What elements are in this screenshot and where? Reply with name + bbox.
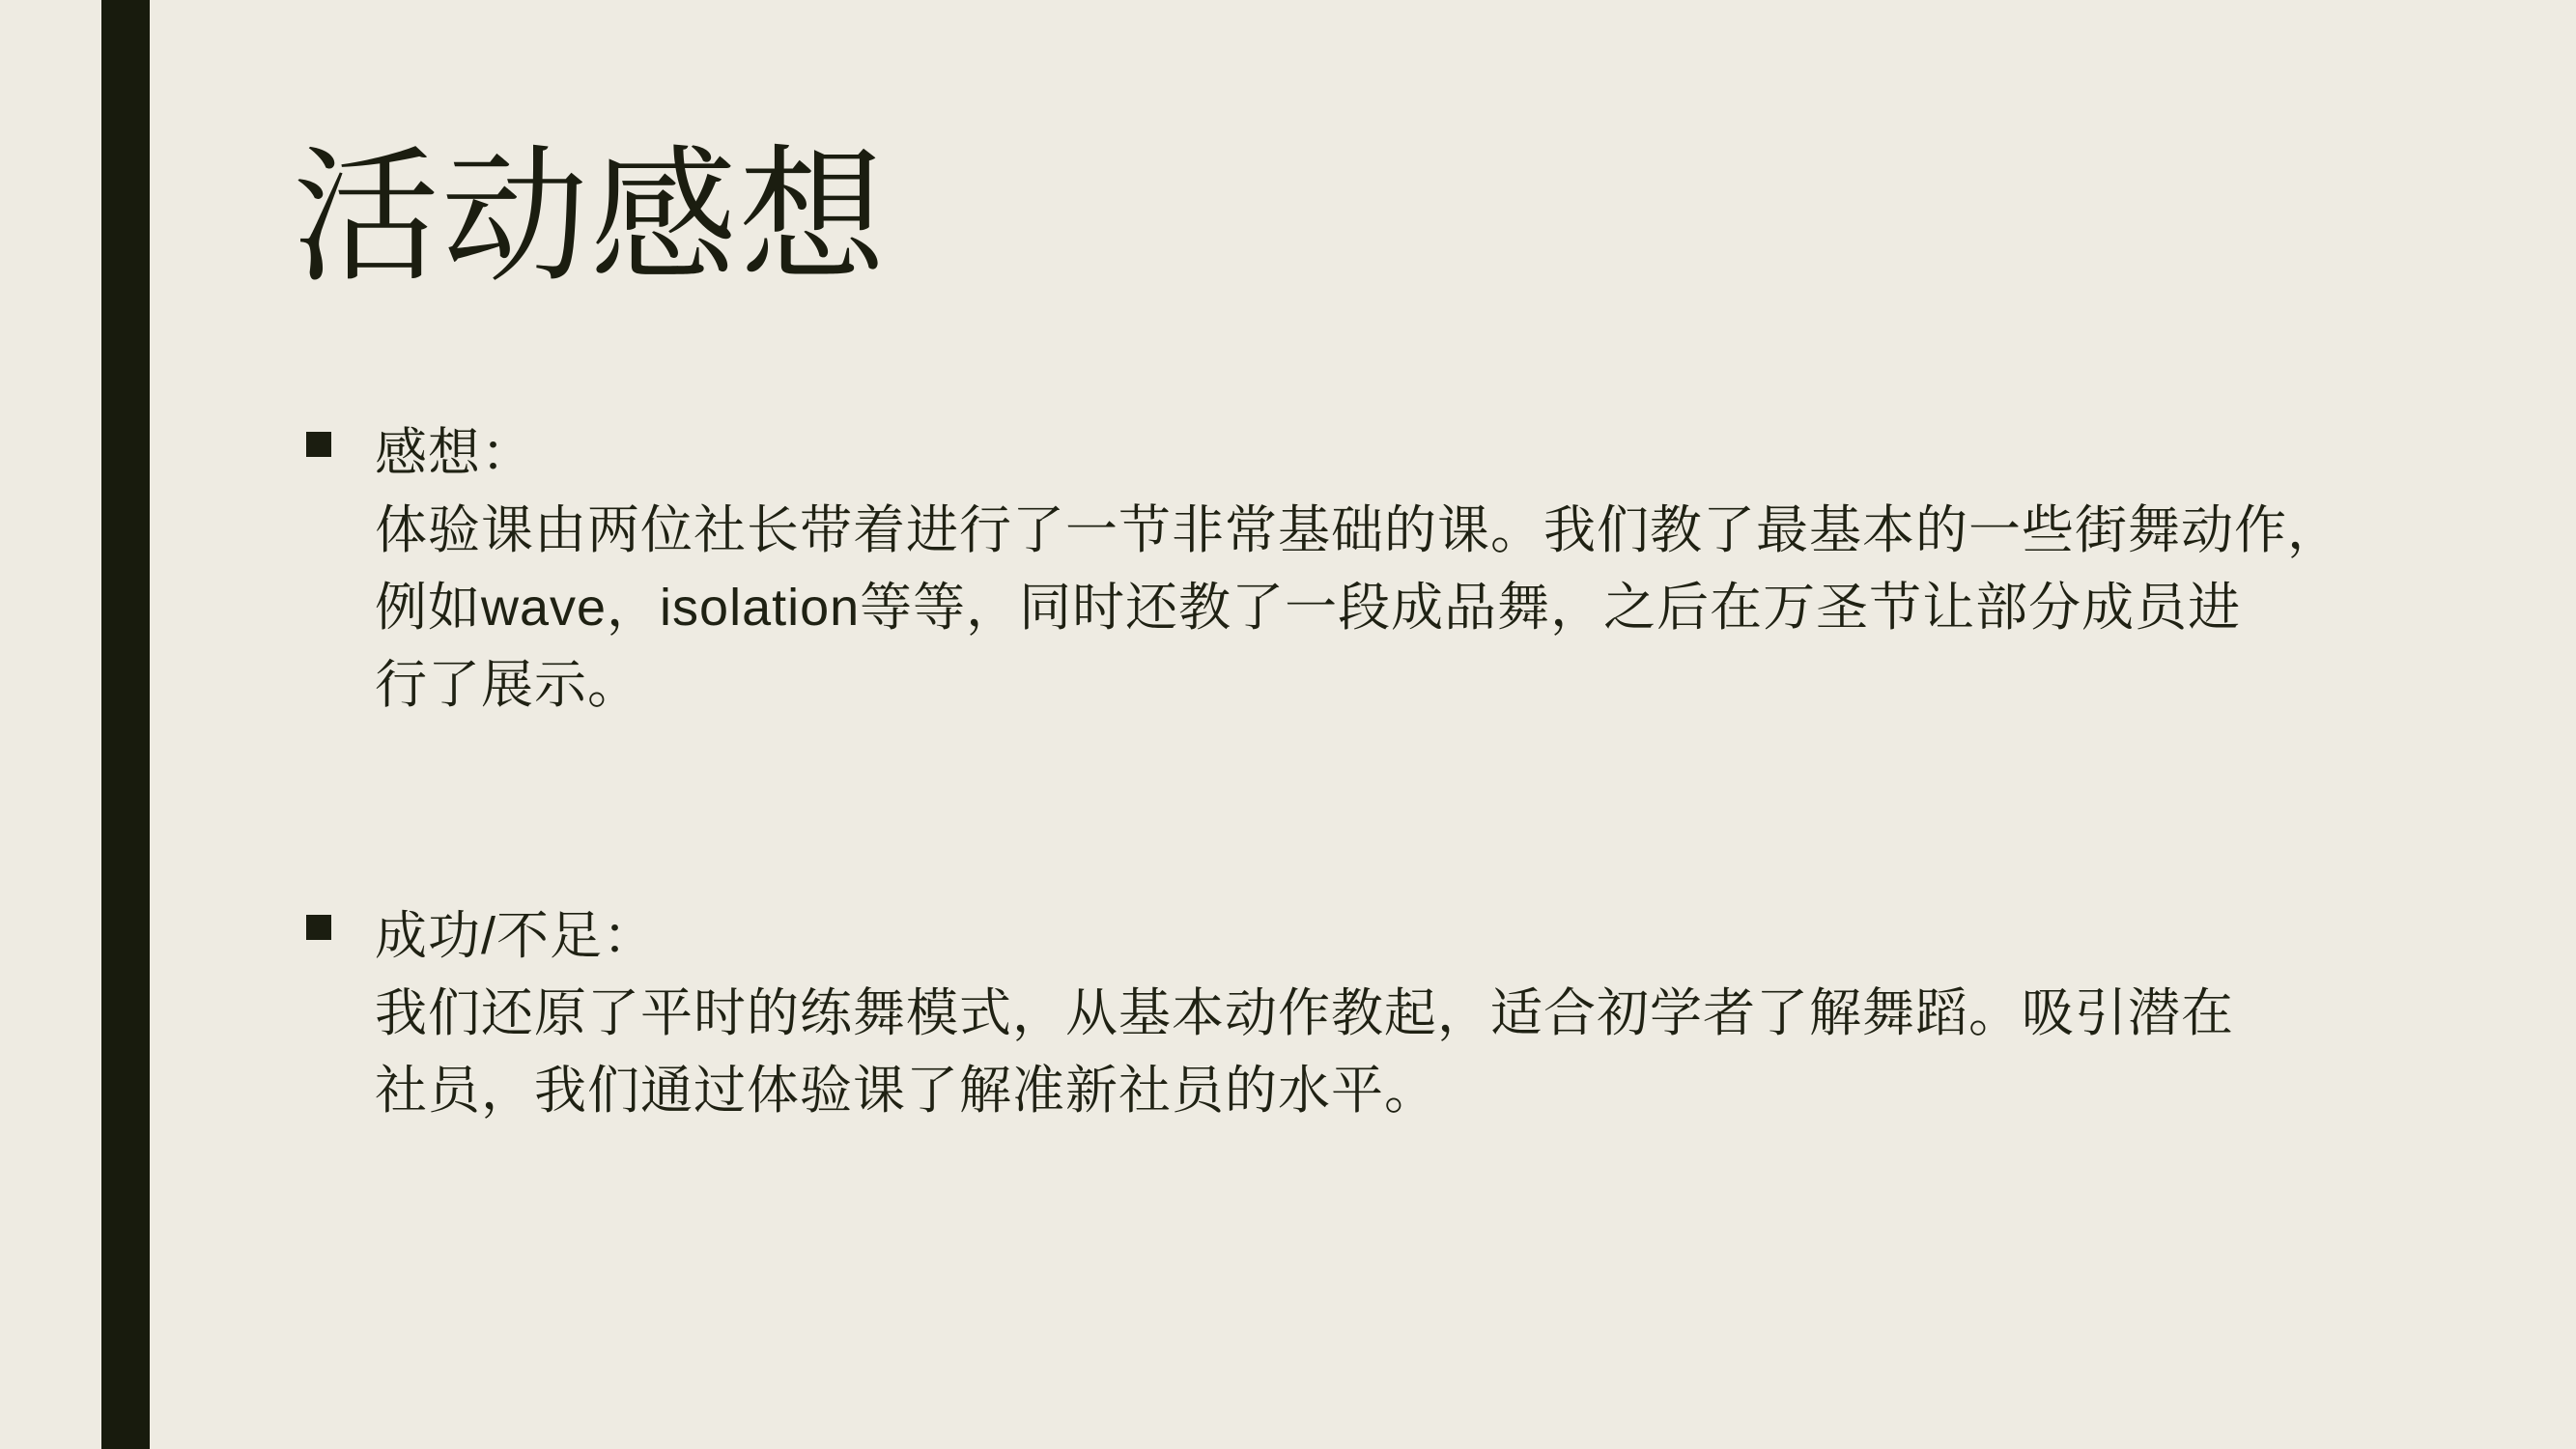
left-accent-bar xyxy=(101,0,150,1449)
square-bullet-icon xyxy=(306,432,331,457)
bullet-item-reflections: 感想： 体验课由两位社长带着进行了一节非常基础的课。我们教了最基本的一些街舞动作… xyxy=(306,414,2432,724)
bullet-label: 成功/不足： xyxy=(375,897,2432,975)
bullet-text-block: 感想： 体验课由两位社长带着进行了一节非常基础的课。我们教了最基本的一些街舞动作… xyxy=(375,414,2432,724)
bullet-text-block: 成功/不足： 我们还原了平时的练舞模式，从基本动作教起，适合初学者了解舞蹈。吸引… xyxy=(375,897,2432,1129)
bullet-body: 体验课由两位社长带着进行了一节非常基础的课。我们教了最基本的一些街舞动作， 例如… xyxy=(375,492,2432,724)
presentation-slide: 活动感想 感想： 体验课由两位社长带着进行了一节非常基础的课。我们教了最基本的一… xyxy=(0,0,2576,1449)
bullet-label: 感想： xyxy=(375,414,2432,492)
slide-title: 活动感想 xyxy=(293,126,888,309)
bullet-item-success-shortcomings: 成功/不足： 我们还原了平时的练舞模式，从基本动作教起，适合初学者了解舞蹈。吸引… xyxy=(306,897,2432,1129)
square-bullet-icon xyxy=(306,915,331,940)
bullet-body: 我们还原了平时的练舞模式，从基本动作教起，适合初学者了解舞蹈。吸引潜在 社员，我… xyxy=(375,975,2432,1129)
